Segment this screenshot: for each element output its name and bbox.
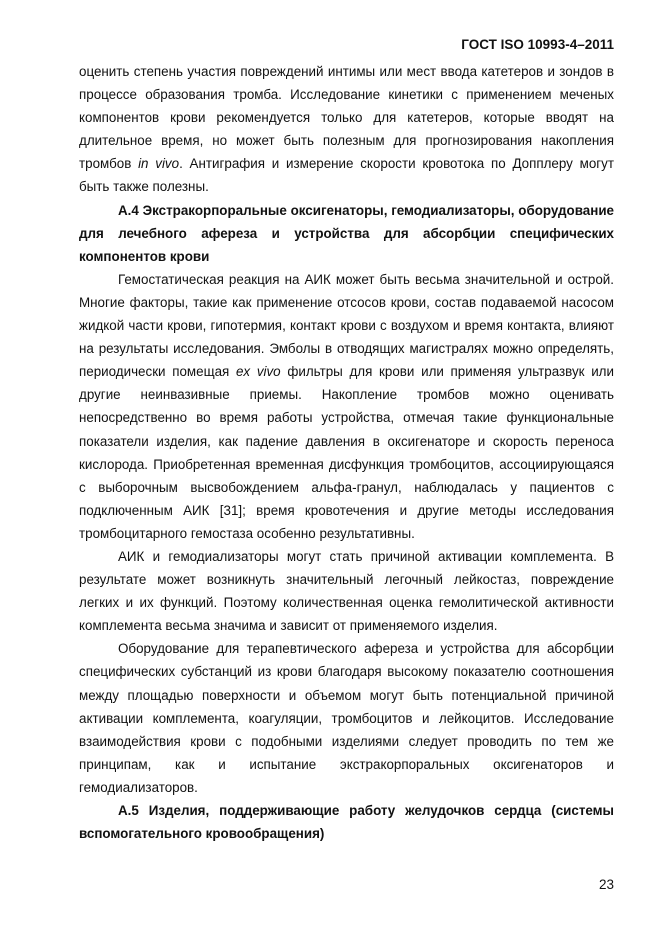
text-run: АИК и гемодиализаторы могут стать причин… <box>79 549 614 633</box>
italic-term: in vivo <box>138 156 179 171</box>
paragraph-catheter-thrombus: оценить степень участия повреждений инти… <box>79 60 614 199</box>
section-heading-a5: А.5 Изделия, поддерживающие работу желуд… <box>79 799 614 845</box>
italic-term: ex vivo <box>236 364 281 379</box>
paragraph-complement-activation: АИК и гемодиализаторы могут стать причин… <box>79 545 614 637</box>
paragraph-aik-hemostatic: Гемостатическая реакция на АИК может быт… <box>79 268 614 545</box>
paragraph-apheresis-equipment: Оборудование для терапевтического аферез… <box>79 637 614 799</box>
document-body: оценить степень участия повреждений инти… <box>79 60 614 845</box>
text-run: Оборудование для терапевтического аферез… <box>79 641 614 795</box>
page-number: 23 <box>599 877 614 892</box>
document-header-id: ГОСТ ISO 10993-4–2011 <box>461 37 614 52</box>
section-heading-a4: А.4 Экстракорпоральные оксигенаторы, гем… <box>79 199 614 268</box>
text-run: фильтры для крови или применяя ультразву… <box>79 364 614 541</box>
